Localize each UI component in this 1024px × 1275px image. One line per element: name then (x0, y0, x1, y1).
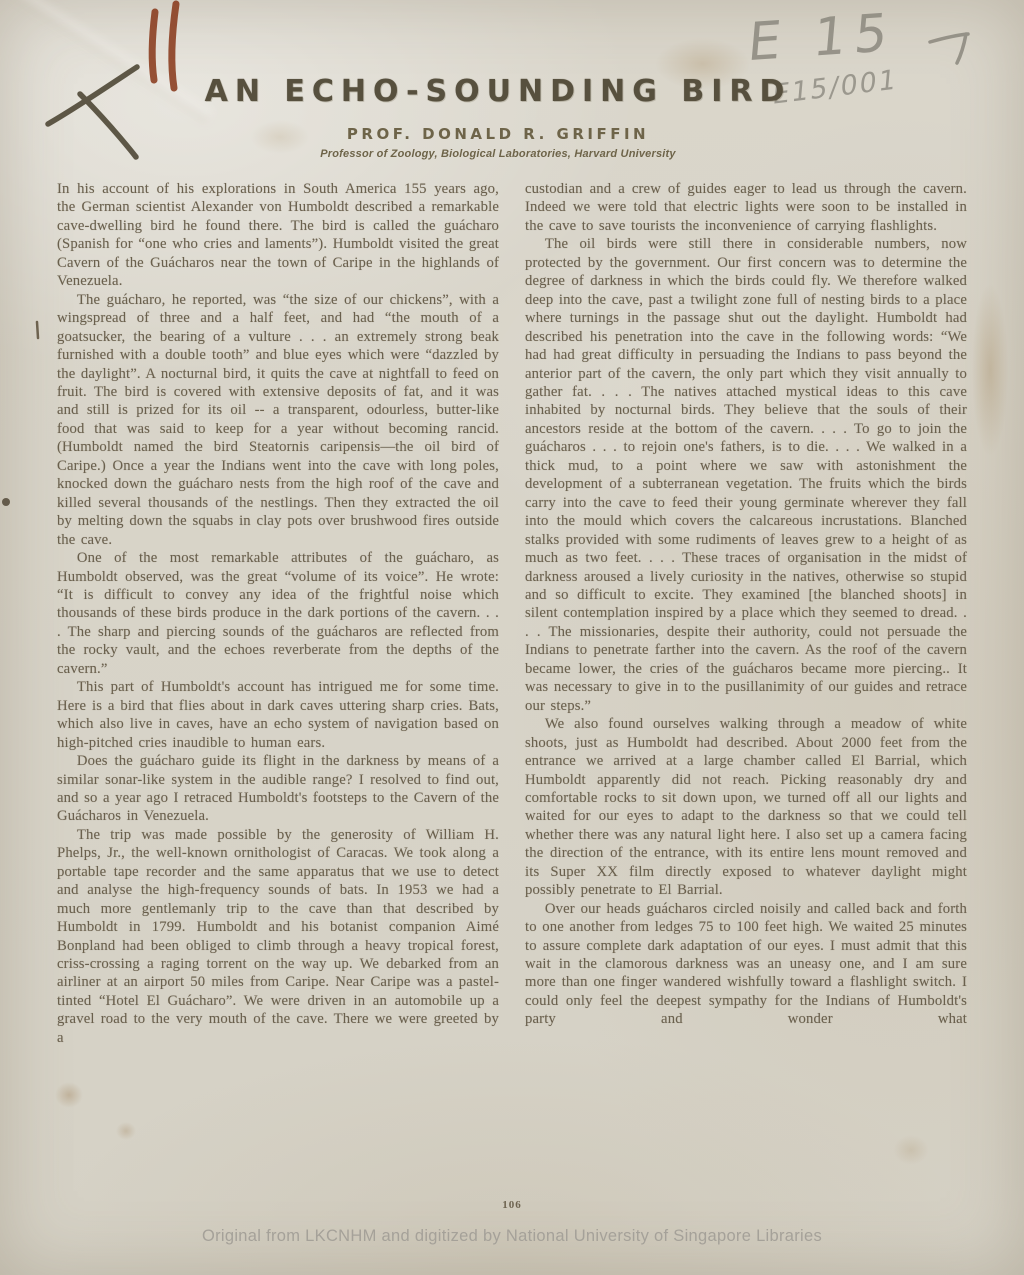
paragraph: The guácharo, he reported, was “the size… (57, 291, 499, 549)
author-affiliation: Professor of Zoology, Biological Laborat… (0, 148, 1010, 160)
article-body: In his account of his explorations in So… (0, 180, 1024, 1047)
column-right: custodian and a crew of guides eager to … (525, 180, 967, 1047)
page-title: AN ECHO-SOUNDING BIRD (0, 74, 1010, 109)
paragraph: custodian and a crew of guides eager to … (525, 180, 967, 235)
stain (893, 1135, 929, 1165)
scanned-page: E 15 E15/001 AN ECHO-SOUNDING BIRD PROF.… (0, 0, 1024, 1275)
stain (116, 1122, 136, 1140)
paragraph: The trip was made possible by the genero… (57, 826, 499, 1047)
paragraph: Does the guácharo guide its flight in th… (57, 752, 499, 826)
stain (55, 1082, 83, 1108)
page-number: 106 (0, 1199, 1024, 1211)
paragraph: In his account of his explorations in So… (57, 180, 499, 291)
paragraph: The oil birds were still there in consid… (525, 235, 967, 715)
paragraph: One of the most remarkable attributes of… (57, 549, 499, 678)
column-left: In his account of his explorations in So… (57, 180, 499, 1047)
paragraph: We also found ourselves walking through … (525, 715, 967, 900)
article-header: AN ECHO-SOUNDING BIRD PROF. DONALD R. GR… (0, 0, 1010, 160)
paragraph: Over our heads guácharos circled noisily… (525, 900, 967, 1029)
footer-credit: Original from LKCNHM and digitized by Na… (0, 1227, 1024, 1246)
paragraph: This part of Humboldt's account has intr… (57, 678, 499, 752)
author-name: PROF. DONALD R. GRIFFIN (0, 125, 1010, 143)
